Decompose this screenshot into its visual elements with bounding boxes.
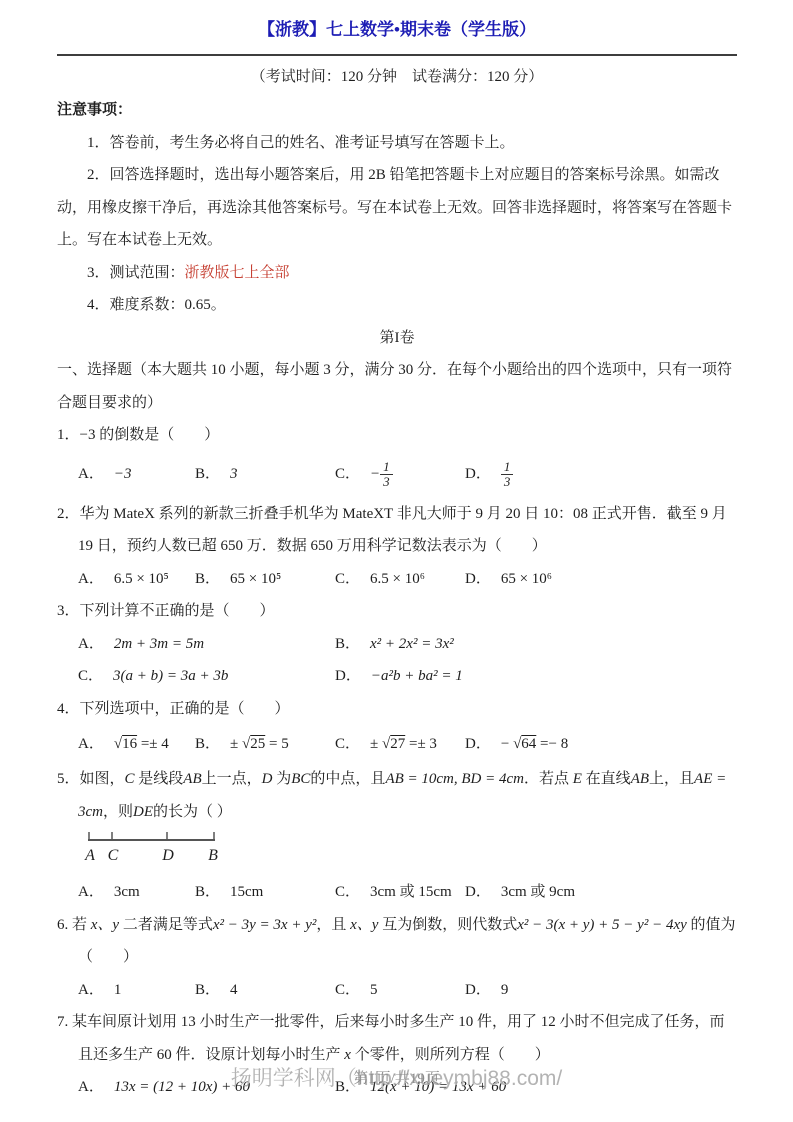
option-b-value: ± √25 = 5 — [230, 728, 289, 761]
option-b: B．± √25 = 5 — [195, 728, 335, 761]
radical-prefix: − — [501, 736, 513, 752]
notice-item-3: 3．测试范围：浙教版七上全部 — [57, 257, 737, 290]
radical-prefix: ± — [370, 736, 382, 752]
question-6-options: A．1 B．4 C．5 D．9 — [57, 974, 737, 1007]
question-2-stem: 2．华为 MateX 系列的新款三折叠手机华为 MateXT 非凡大师于 9 月… — [57, 498, 737, 563]
option-b-label: B． — [335, 628, 360, 661]
option-b-label: B． — [195, 876, 220, 909]
question-3-options-row-1: A．2m + 3m = 5m B．x² + 2x² = 3x² — [57, 628, 737, 661]
question-1-options: A．−3 B．3 C．−13 D．13 — [57, 452, 737, 498]
option-b-value: 4 — [230, 974, 238, 1007]
option-d-label: D． — [465, 876, 491, 909]
question-3-options-row-2: C．3(a + b) = 3a + 3b D．−a²b + ba² = 1 — [57, 660, 737, 693]
option-c-value: 5 — [370, 974, 378, 1007]
option-a: A．1 — [78, 974, 195, 1007]
question-2: 2．华为 MateX 系列的新款三折叠手机华为 MateXT 非凡大师于 9 月… — [57, 498, 737, 596]
option-d: D．− √64 =− 8 — [465, 728, 737, 761]
option-a: A．6.5 × 10⁵ — [78, 563, 195, 596]
option-a-label: A． — [78, 728, 104, 761]
option-c-label: C． — [78, 660, 103, 693]
option-c-label: C． — [335, 728, 360, 761]
option-b-label: B． — [195, 563, 220, 596]
radical-suffix: =± 4 — [137, 736, 169, 752]
option-a-value: √16 =± 4 — [114, 728, 169, 761]
option-b: B．4 — [195, 974, 335, 1007]
option-b-value: 3 — [230, 458, 238, 491]
option-b-value: x² + 2x² = 3x² — [370, 628, 454, 661]
option-c-label: C． — [335, 458, 360, 491]
radical-prefix: ± — [230, 736, 242, 752]
question-5: 5．如图，C 是线段AB上一点，D 为BC的中点，且AB = 10cm, BD … — [57, 763, 737, 909]
option-b: B．x² + 2x² = 3x² — [335, 628, 737, 661]
radical-suffix: = 5 — [265, 736, 288, 752]
option-d-fraction: 13 — [501, 460, 514, 490]
radicand: 27 — [390, 736, 405, 752]
option-a-label: A． — [78, 458, 104, 491]
option-c-label: C． — [335, 876, 360, 909]
option-a-label: A． — [78, 563, 104, 596]
option-b-label: B． — [195, 974, 220, 1007]
option-d-label: D． — [465, 728, 491, 761]
sqrt-symbol: √ — [382, 736, 390, 752]
page-title: 【浙教】七上数学•期末卷（学生版） — [57, 18, 737, 42]
question-5-stem: 5．如图，C 是线段AB上一点，D 为BC的中点，且AB = 10cm, BD … — [57, 763, 737, 828]
option-a-value: 2m + 3m = 5m — [114, 628, 204, 661]
option-c-value: 6.5 × 10⁶ — [370, 563, 425, 596]
notice-item-1: 1．答卷前，考生务必将自己的姓名、准考证号填写在答题卡上。 — [57, 127, 737, 160]
radical-suffix: =± 3 — [405, 736, 437, 752]
title-divider — [57, 54, 737, 56]
option-a-value: 3cm — [114, 876, 140, 909]
option-c-value: 3(a + b) = 3a + 3b — [113, 660, 228, 693]
notice-item-3-prefix: 3．测试范围： — [87, 265, 185, 281]
option-a: A．2m + 3m = 5m — [78, 628, 335, 661]
option-b: B．65 × 10⁵ — [195, 563, 335, 596]
fraction-denominator: 3 — [380, 475, 393, 489]
figure-label-B: B — [208, 847, 218, 864]
option-a: A．−3 — [78, 458, 195, 491]
option-c: C．5 — [335, 974, 465, 1007]
question-3: 3．下列计算不正确的是（ ） A．2m + 3m = 5m B．x² + 2x²… — [57, 595, 737, 693]
option-b-value: 15cm — [230, 876, 263, 909]
option-c: C．3(a + b) = 3a + 3b — [78, 660, 335, 693]
option-d: D．3cm 或 9cm — [465, 876, 737, 909]
radical-suffix: =− 8 — [536, 736, 568, 752]
question-4-stem: 4．下列选项中，正确的是（ ） — [57, 693, 737, 726]
option-a-label: A． — [78, 628, 104, 661]
radicand: 16 — [122, 736, 137, 752]
option-d-value: −a²b + ba² = 1 — [371, 660, 463, 693]
fraction-numerator: 1 — [380, 460, 393, 475]
question-6: 6. 若 x、y 二者满足等式x² − 3y = 3x + y²，且 x、y 互… — [57, 909, 737, 1007]
notice-item-4: 4．难度系数：0.65。 — [57, 289, 737, 322]
option-b-label: B． — [195, 728, 220, 761]
question-5-options: A．3cm B．15cm C．3cm 或 15cm D．3cm 或 9cm — [57, 876, 737, 909]
page-number: 第1页/共19页 — [0, 1067, 793, 1088]
fraction-numerator: 1 — [501, 460, 514, 475]
option-d-label: D． — [465, 563, 491, 596]
option-d-label: D． — [335, 660, 361, 693]
option-c-value: 3cm 或 15cm — [370, 876, 452, 909]
exam-page: 【浙教】七上数学•期末卷（学生版） （考试时间：120 分钟 试卷满分：120 … — [0, 0, 793, 1122]
option-b-value: 65 × 10⁵ — [230, 563, 281, 596]
option-d-value: − √64 =− 8 — [501, 728, 568, 761]
question-5-figure: A C D B — [57, 828, 737, 876]
option-d-value: 3cm 或 9cm — [501, 876, 575, 909]
option-a-value: 6.5 × 10⁵ — [114, 563, 169, 596]
option-a-value: −3 — [114, 458, 132, 491]
option-c-fraction: 13 — [380, 460, 393, 490]
option-c-sign: − — [370, 458, 380, 491]
question-6-stem: 6. 若 x、y 二者满足等式x² − 3y = 3x + y²，且 x、y 互… — [57, 909, 737, 974]
radicand: 25 — [250, 736, 265, 752]
option-d-value: 65 × 10⁶ — [501, 563, 552, 596]
option-c: C．3cm 或 15cm — [335, 876, 465, 909]
option-b: B．15cm — [195, 876, 335, 909]
option-d-value: 9 — [501, 974, 509, 1007]
notices-heading: 注意事项： — [57, 94, 737, 127]
radicand: 64 — [521, 736, 536, 752]
option-b-label: B． — [195, 458, 220, 491]
question-3-stem: 3．下列计算不正确的是（ ） — [57, 595, 737, 628]
notice-item-3-scope: 浙教版七上全部 — [185, 265, 290, 281]
sqrt-symbol: √ — [114, 736, 122, 752]
exam-time-score: （考试时间：120 分钟 试卷满分：120 分） — [57, 65, 737, 89]
segment-figure: A C D B — [84, 828, 224, 870]
option-a: A．3cm — [78, 876, 195, 909]
figure-label-D: D — [161, 847, 174, 864]
part-title: 第I卷 — [57, 322, 737, 355]
question-4: 4．下列选项中，正确的是（ ） A．√16 =± 4 B．± √25 = 5 C… — [57, 693, 737, 764]
option-c-label: C． — [335, 563, 360, 596]
option-a-label: A． — [78, 876, 104, 909]
option-c-value: ± √27 =± 3 — [370, 728, 437, 761]
question-2-options: A．6.5 × 10⁵ B．65 × 10⁵ C．6.5 × 10⁶ D．65 … — [57, 563, 737, 596]
question-1: 1．−3 的倒数是（ ） A．−3 B．3 C．−13 D．13 — [57, 419, 737, 498]
question-4-options: A．√16 =± 4 B．± √25 = 5 C．± √27 =± 3 D．− … — [57, 725, 737, 763]
section-instructions: 一、选择题（本大题共 10 小题，每小题 3 分，满分 30 分．在每个小题给出… — [57, 354, 737, 419]
option-c-label: C． — [335, 974, 360, 1007]
option-d: D．65 × 10⁶ — [465, 563, 737, 596]
option-c: C．−13 — [335, 458, 465, 491]
option-d-label: D． — [465, 974, 491, 1007]
option-c: C．± √27 =± 3 — [335, 728, 465, 761]
fraction-denominator: 3 — [501, 475, 514, 489]
option-a: A．√16 =± 4 — [78, 728, 195, 761]
option-a-label: A． — [78, 974, 104, 1007]
figure-label-A: A — [84, 847, 95, 864]
option-b: B．3 — [195, 458, 335, 491]
sqrt-symbol: √ — [242, 736, 250, 752]
option-c: C．6.5 × 10⁶ — [335, 563, 465, 596]
notice-item-2: 2．回答选择题时，选出每小题答案后，用 2B 铅笔把答题卡上对应题目的答案标号涂… — [57, 159, 737, 257]
question-1-stem: 1．−3 的倒数是（ ） — [57, 419, 737, 452]
option-d: D．9 — [465, 974, 737, 1007]
figure-label-C: C — [108, 847, 119, 864]
option-d: D．−a²b + ba² = 1 — [335, 660, 737, 693]
page-footer: 扬明学科网（http://xueymbj88.com/ 第1页/共19页 — [0, 1058, 793, 1098]
option-d-label: D． — [465, 458, 491, 491]
option-d: D．13 — [465, 458, 737, 491]
option-a-value: 1 — [114, 974, 122, 1007]
